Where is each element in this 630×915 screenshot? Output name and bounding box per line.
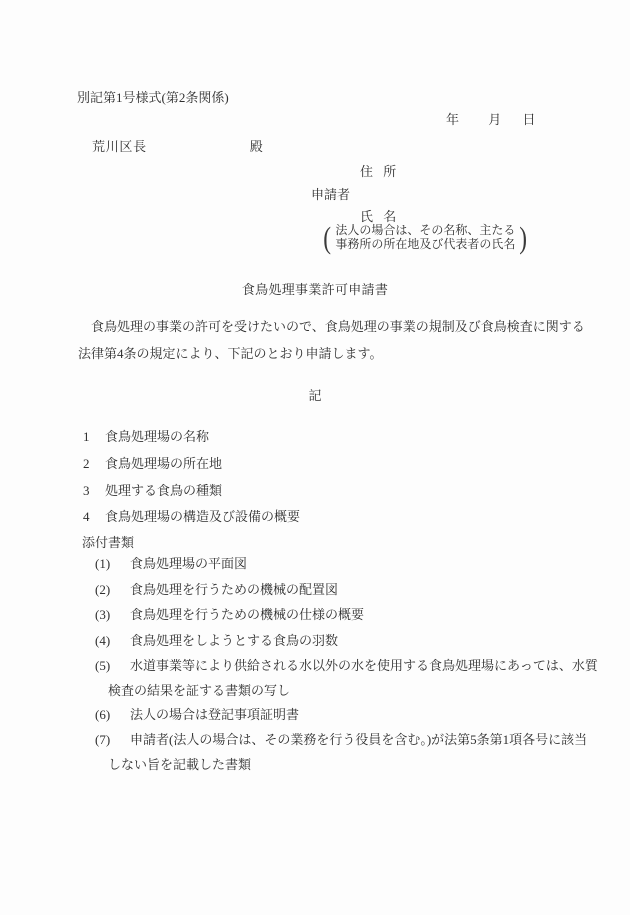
attachment-number: (3) (95, 602, 110, 627)
attachment-number: (4) (95, 628, 110, 653)
attachment-text: 食鳥処理場の平面図 (108, 551, 598, 576)
attachment-text: 食鳥処理を行うための機械の仕様の概要 (108, 602, 598, 627)
numbered-item-4: 4食鳥処理場の構造及び設備の概要 (83, 506, 300, 525)
item-text: 食鳥処理場の構造及び設備の概要 (105, 509, 300, 524)
attachments-heading: 添付書類 (82, 532, 134, 551)
corporate-note-line2: 事務所の所在地及び代表者の氏名 (335, 237, 515, 251)
numbered-item-2: 2食鳥処理場の所在地 (83, 453, 222, 472)
item-text: 食鳥処理場の所在地 (105, 456, 222, 471)
numbered-item-3: 3処理する食鳥の種類 (83, 480, 222, 499)
attachment-item-4: (4) 食鳥処理をしようとする食鳥の羽数 (95, 628, 598, 653)
attachment-text: 法人の場合は登記事項証明書 (108, 702, 598, 727)
attachment-text: 申請者(法人の場合は、その業務を行う役員を含む。)が法第5条第1項各号に該当しな… (108, 727, 598, 778)
item-number: 2 (83, 456, 105, 472)
item-number: 3 (83, 483, 105, 499)
attachment-number: (7) (95, 727, 110, 752)
body-paragraph: 食鳥処理の事業の許可を受けたいので、食鳥処理の事業の規制及び食鳥検査に関する法律… (78, 314, 590, 367)
item-text: 食鳥処理場の名称 (105, 429, 209, 444)
corporate-note: ( 法人の場合は、その名称、主たる 事務所の所在地及び代表者の氏名 ) (322, 223, 529, 252)
document-title: 食鳥処理事業許可申請書 (0, 279, 630, 298)
form-identifier: 別記第1号様式(第2条関係) (77, 87, 229, 106)
item-text: 処理する食鳥の種類 (105, 483, 222, 498)
open-paren-glyph: ( (323, 223, 331, 252)
item-number: 4 (83, 509, 105, 525)
attachment-item-3: (3) 食鳥処理を行うための機械の仕様の概要 (95, 602, 598, 627)
attachment-item-2: (2) 食鳥処理を行うための機械の配置図 (95, 577, 598, 602)
attachment-item-1: (1) 食鳥処理場の平面図 (95, 551, 598, 576)
date-year-label: 年 (446, 112, 459, 127)
addressee-line: 荒川区長 殿 (92, 136, 263, 155)
address-label-char1: 住 (360, 164, 373, 179)
date-day-label: 日 (523, 112, 536, 127)
addressee-honorific: 殿 (250, 139, 263, 154)
attachment-number: (2) (95, 577, 110, 602)
close-paren-glyph: ) (520, 223, 528, 252)
address-label: 住 所 (360, 161, 396, 180)
attachment-text: 食鳥処理をしようとする食鳥の羽数 (108, 628, 598, 653)
attachment-item-5: (5) 水道事業等により供給される水以外の水を使用する食鳥処理場にあっては、水質… (95, 653, 598, 704)
item-number: 1 (83, 429, 105, 445)
corporate-note-line1: 法人の場合は、その名称、主たる (335, 223, 515, 237)
name-label-char1: 氏 (360, 209, 373, 224)
numbered-item-1: 1食鳥処理場の名称 (83, 426, 209, 445)
application-form-page: 別記第1号様式(第2条関係) 年 月 日 荒川区長 殿 住 所 申請者 氏 名 … (0, 0, 630, 915)
date-line: 年 月 日 (446, 109, 536, 128)
attachment-number: (5) (95, 653, 110, 678)
attachment-item-6: (6) 法人の場合は登記事項証明書 (95, 702, 598, 727)
corporate-note-text: 法人の場合は、その名称、主たる 事務所の所在地及び代表者の氏名 (335, 224, 515, 251)
attachment-item-7: (7) 申請者(法人の場合は、その業務を行う役員を含む。)が法第5条第1項各号に… (95, 727, 598, 778)
attachment-text: 食鳥処理を行うための機械の配置図 (108, 577, 598, 602)
addressee-name: 荒川区長 (92, 139, 147, 154)
record-marker: 記 (0, 385, 630, 404)
attachment-number: (1) (95, 551, 110, 576)
name-label-char2: 名 (383, 209, 396, 224)
date-month-label: 月 (488, 112, 501, 127)
address-label-char2: 所 (383, 164, 396, 179)
applicant-label: 申請者 (311, 184, 350, 203)
attachment-number: (6) (95, 702, 110, 727)
attachment-text: 水道事業等により供給される水以外の水を使用する食鳥処理場にあっては、水質検査の結… (108, 653, 598, 704)
